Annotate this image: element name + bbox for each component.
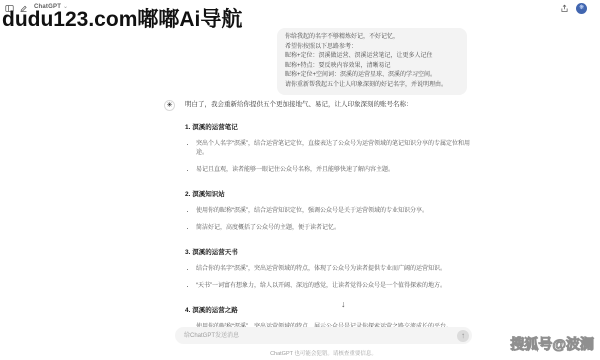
assistant-intro: 明白了，我会重新给你提供五个更加接地气、易记，让人印象深刻的账号名称： [185, 100, 476, 109]
user-message-line: 你给我起的名字不够精炼好记，不好记忆， [285, 33, 459, 43]
assistant-message: ✳ 明白了，我会重新给你提供五个更加接地气、易记，让人印象深刻的账号名称： 1.… [164, 96, 476, 346]
suggestion-bullets: 使用你的昵称“溟溪”，结合运营知识定位，强调公众号是关于运营领域的专业知识分享。… [185, 207, 476, 233]
user-avatar[interactable]: ❋ [576, 3, 587, 14]
bullet: 使用你的昵称“溟溪”，结合运营知识定位，强调公众号是关于运营领域的专业知识分享。 [196, 207, 476, 216]
chatgpt-logo-icon: ✳ [164, 100, 175, 111]
suggestion-title: 3. 溟溪的运营天书 [185, 247, 476, 256]
user-message-bubble: 你给我起的名字不够精炼好记，不好记忆， 希望你按照以下思路参考： 昵称+定位：溟… [277, 28, 467, 95]
user-message-line: 昵称+定位+空间词：溟溪的运营星球、溟溪的学习空间。 [285, 71, 459, 81]
scroll-down-icon[interactable]: ↓ [341, 299, 346, 309]
bullet: 简洁好记，高度概括了公众号的主题，便于读者记忆。 [196, 224, 476, 233]
assistant-body: 明白了，我会重新给你提供五个更加接地气、易记，让人印象深刻的账号名称： 1. 溟… [185, 100, 476, 332]
bullet: 突出个人名字“溟溪”，结合运营笔记定位，直接表达了公众号为运营领域的笔记知识分享… [196, 140, 476, 158]
user-message-line: 希望你按照以下思路参考： [285, 43, 459, 53]
bullet: 易记且直观，读者能够一眼记住公众号名称，并且能够快速了解内容主题。 [196, 166, 476, 175]
send-button[interactable]: ↑ [457, 330, 469, 342]
watermark-bottom: 搜狐号@波澜 [510, 334, 594, 354]
composer: ↑ [175, 327, 472, 344]
share-icon[interactable] [560, 4, 569, 13]
watermark-top: dudu123.com嘟嘟Ai导航 [2, 3, 242, 33]
suggestion-title: 1. 溟溪的运营笔记 [185, 122, 476, 131]
suggestion-title: 4. 溟溪的运营之路 [185, 305, 476, 314]
suggestion-bullets: 结合你的名字“溟溪”，突出运营领域的特点，体现了公众号为读者提供专业而广阔的运营… [185, 265, 476, 291]
user-message-line: 请你重新帮我起五个让人印象深刻的好记名字，并说明理由。 [285, 81, 459, 91]
user-message-line: 昵称+特点：要反映内容效果，清晰易记 [285, 62, 459, 72]
disclaimer-text: ChatGPT 也可能会犯错。请核查重要信息。 [175, 349, 472, 357]
bullet: “天书”一词富有想象力，给人以开阔、深远的感觉，让读者觉得公众号是一个值得探索的… [196, 282, 476, 291]
message-input[interactable] [184, 327, 444, 344]
bullet: 结合你的名字“溟溪”，突出运营领域的特点，体现了公众号为读者提供专业而广阔的运营… [196, 265, 476, 274]
suggestion-bullets: 突出个人名字“溟溪”，结合运营笔记定位，直接表达了公众号为运营领域的笔记知识分享… [185, 140, 476, 175]
suggestion-title: 2. 溟溪知识站 [185, 189, 476, 198]
user-message-line: 昵称+定位：溟溪做运营、溟溪运营笔记，让更多人记住 [285, 52, 459, 62]
